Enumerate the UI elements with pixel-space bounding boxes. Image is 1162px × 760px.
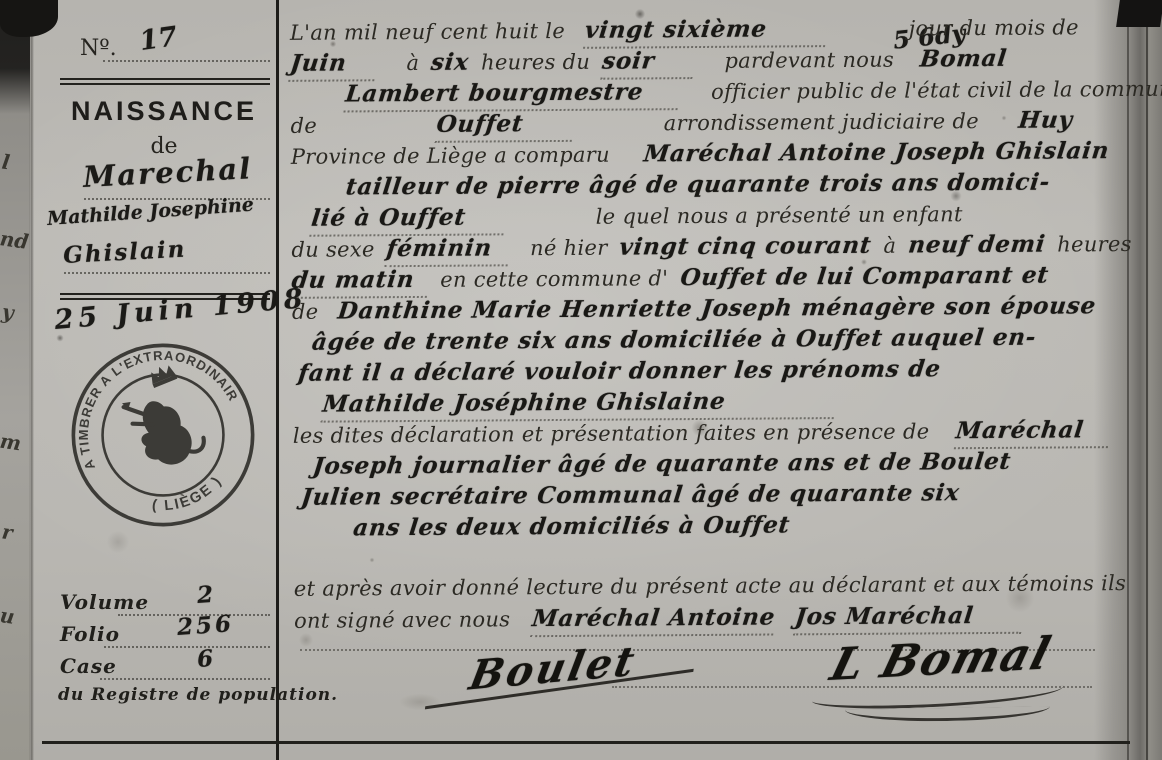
- printed-form-text: jour du mois de: [909, 15, 1079, 40]
- dotted-leader: [64, 272, 270, 274]
- margin-divider-rule: [276, 0, 279, 760]
- handwritten-entry: Juin: [288, 47, 378, 82]
- lion-crest-icon: [122, 380, 209, 475]
- dotted-leader: [100, 678, 270, 680]
- act-body-text: L'an mil neuf cent huit levingt sixièmej…: [290, 11, 1109, 636]
- handwritten-entry: six: [429, 47, 470, 78]
- crown-icon: [147, 362, 177, 388]
- handwritten-entry: neuf demi: [906, 229, 1047, 261]
- handwritten-entry: vingt cinq courant: [618, 230, 874, 263]
- folio-label: Folio: [60, 622, 120, 646]
- act-line: Joseph journalier âgé de quarante ans et…: [293, 445, 1108, 482]
- child-firstnames-cont: Ghislain: [63, 236, 187, 269]
- margin-double-rule: [60, 78, 270, 85]
- handwritten-entry: Huy: [1017, 104, 1075, 135]
- record-bottom-rule: [42, 741, 1130, 744]
- officer-signature: L Bomal: [825, 628, 1057, 691]
- handwritten-entry: du matin: [290, 264, 430, 299]
- printed-form-text: né hier: [530, 236, 608, 261]
- printed-form-text: heures: [1057, 232, 1132, 257]
- handwritten-entry: Maréchal Antoine: [530, 601, 777, 637]
- volume-label: Volume: [60, 590, 149, 614]
- witness-signature: Boulet: [466, 637, 641, 700]
- act-line: tailleur de pierre âgé de quarante trois…: [291, 166, 1106, 203]
- volume-value: 2: [196, 581, 214, 609]
- handwritten-entry: lié à Ouffet: [309, 201, 507, 236]
- printed-form-text: arrondissement judiciaire de: [664, 109, 979, 135]
- handwritten-entry: Julien secrétaire Communal âgé de quaran…: [299, 477, 961, 513]
- handwritten-entry: soir: [600, 45, 696, 80]
- printed-form-text: de: [292, 300, 319, 324]
- printed-form-text: L'an mil neuf cent huit le: [290, 19, 565, 45]
- printed-form-text: en cette commune d': [440, 266, 668, 292]
- handwritten-entry: âgée de trente six ans domiciliée à Ouff…: [310, 322, 1038, 358]
- svg-text:( LIÈGE ): ( LIÈGE ): [146, 470, 230, 524]
- handwritten-entry: Ouffet de lui Comparant et: [679, 260, 1051, 294]
- handwritten-entry: Bomal: [918, 43, 1008, 75]
- handwritten-entry: féminin: [385, 232, 512, 267]
- handwritten-entry: Joseph journalier âgé de quarante ans et…: [311, 446, 1013, 482]
- handwritten-entry: ans les deux domiciliés à Ouffet: [352, 509, 792, 543]
- folio-value: 256: [176, 610, 235, 641]
- register-note: du Registre de population.: [58, 685, 338, 705]
- scan-corner-shadow: [0, 0, 58, 37]
- page-edge-line: [1127, 0, 1129, 760]
- printed-form-text: ont signé avec nous: [294, 607, 510, 633]
- previous-page-edge: [0, 0, 30, 760]
- stray-handwriting-fragment: m: [0, 429, 23, 456]
- act-line: ans les deux domiciliés à Ouffet: [293, 507, 1108, 544]
- printed-form-text: à: [406, 51, 419, 75]
- handwritten-entry: Jos Maréchal: [793, 600, 1025, 636]
- printed-form-text: de: [291, 114, 318, 138]
- handwritten-entry: fant il a déclaré vouloir donner les pré…: [297, 353, 943, 389]
- printed-form-text: à: [883, 234, 896, 258]
- dotted-leader: [103, 60, 270, 62]
- scan-corner-shadow: [1116, 0, 1162, 27]
- liege-tax-stamp: A TIMBRER A L'EXTRAORDINAIRE ( LIÈGE ): [34, 306, 292, 564]
- case-value: 6: [196, 645, 214, 673]
- register-page: l nd y m r u Nº. 17 NAISSANCE de Marecha…: [0, 0, 1162, 760]
- printed-form-text: du sexe: [291, 237, 374, 262]
- stray-handwriting-fragment: nd: [0, 226, 30, 254]
- printed-form-text: les dites déclaration et présentation fa…: [293, 419, 930, 447]
- act-line: ont signé avec nousMaréchal AntoineJos M…: [294, 599, 1109, 636]
- printed-form-text: Province de Liège a comparu: [291, 143, 610, 169]
- handwritten-entry: tailleur de pierre âgé de quarante trois…: [344, 167, 1052, 203]
- act-type-title: NAISSANCE: [58, 96, 270, 127]
- signature-flourish: [845, 706, 1050, 723]
- record-number-value: 17: [138, 21, 180, 57]
- printed-form-text: pardevant nous: [724, 48, 894, 73]
- printed-form-text: le quel nous a présenté un enfant: [596, 202, 963, 229]
- handwritten-entry: Lambert bourgmestre: [343, 76, 681, 112]
- handwritten-entry: Maréchal: [953, 414, 1111, 449]
- handwritten-entry: vingt sixième: [583, 13, 829, 49]
- record-number-label: Nº.: [80, 36, 117, 61]
- stamp-bottom-text: ( LIÈGE ): [146, 470, 230, 524]
- handwritten-entry: Maréchal Antoine Joseph Ghislain: [642, 135, 1111, 169]
- handwritten-entry: Ouffet: [435, 108, 576, 143]
- printed-form-text: heures du: [481, 50, 590, 75]
- act-line: âgée de trente six ans domiciliée à Ouff…: [292, 321, 1107, 358]
- page-edge-line: [1146, 0, 1148, 760]
- printed-form-text: officier public de l'état civil de la co…: [711, 77, 1162, 104]
- printed-form-text: et après avoir donné lecture du présent …: [294, 571, 1127, 601]
- dotted-leader: [104, 646, 270, 648]
- handwritten-entry: Mathilde Joséphine Ghislaine: [321, 385, 838, 423]
- case-label: Case: [60, 654, 117, 678]
